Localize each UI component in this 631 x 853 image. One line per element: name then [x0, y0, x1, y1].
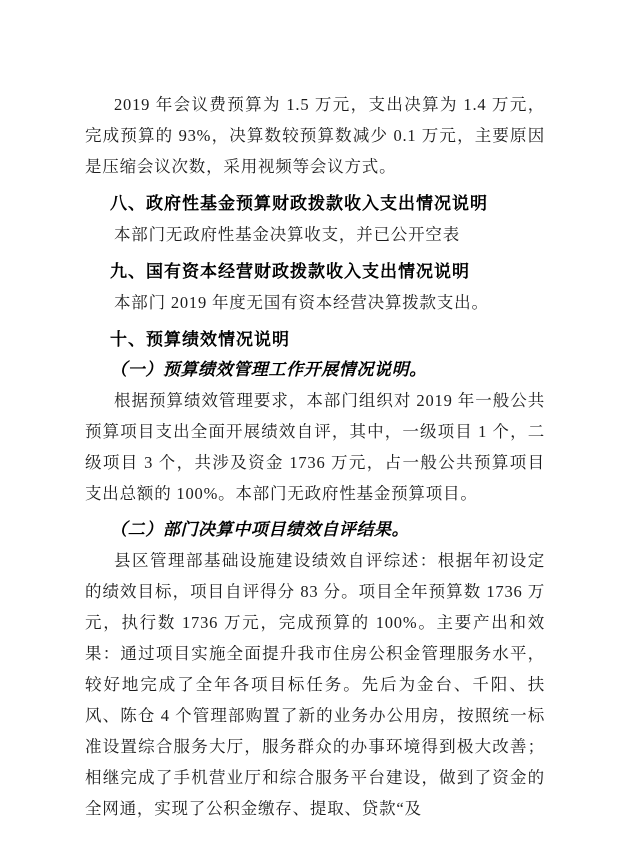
sub-section-heading: （一）预算绩效管理工作开展情况说明。 — [85, 355, 545, 385]
document-page: 2019 年会议费预算为 1.5 万元，支出决算为 1.4 万元，完成预算的 9… — [0, 0, 631, 853]
note-paragraph: 本部门 2019 年度无国有资本经营决算拨款支出。 — [85, 287, 545, 318]
sub-section-heading: （二）部门决算中项目绩效自评结果。 — [85, 515, 545, 545]
body-paragraph: 根据预算绩效管理要求，本部门组织对 2019 年一般公共预算项目支出全面开展绩效… — [85, 385, 545, 509]
body-paragraph: 县区管理部基础设施建设绩效自评综述：根据年初设定的绩效目标，项目自评得分 83 … — [85, 545, 545, 824]
section-heading: 十、预算绩效情况说明 — [85, 325, 545, 355]
note-paragraph: 本部门无政府性基金决算收支，并已公开空表 — [85, 219, 545, 250]
section-heading: 八、政府性基金预算财政拨款收入支出情况说明 — [85, 189, 545, 219]
body-paragraph: 2019 年会议费预算为 1.5 万元，支出决算为 1.4 万元，完成预算的 9… — [85, 89, 545, 182]
section-heading: 九、国有资本经营财政拨款收入支出情况说明 — [85, 257, 545, 287]
